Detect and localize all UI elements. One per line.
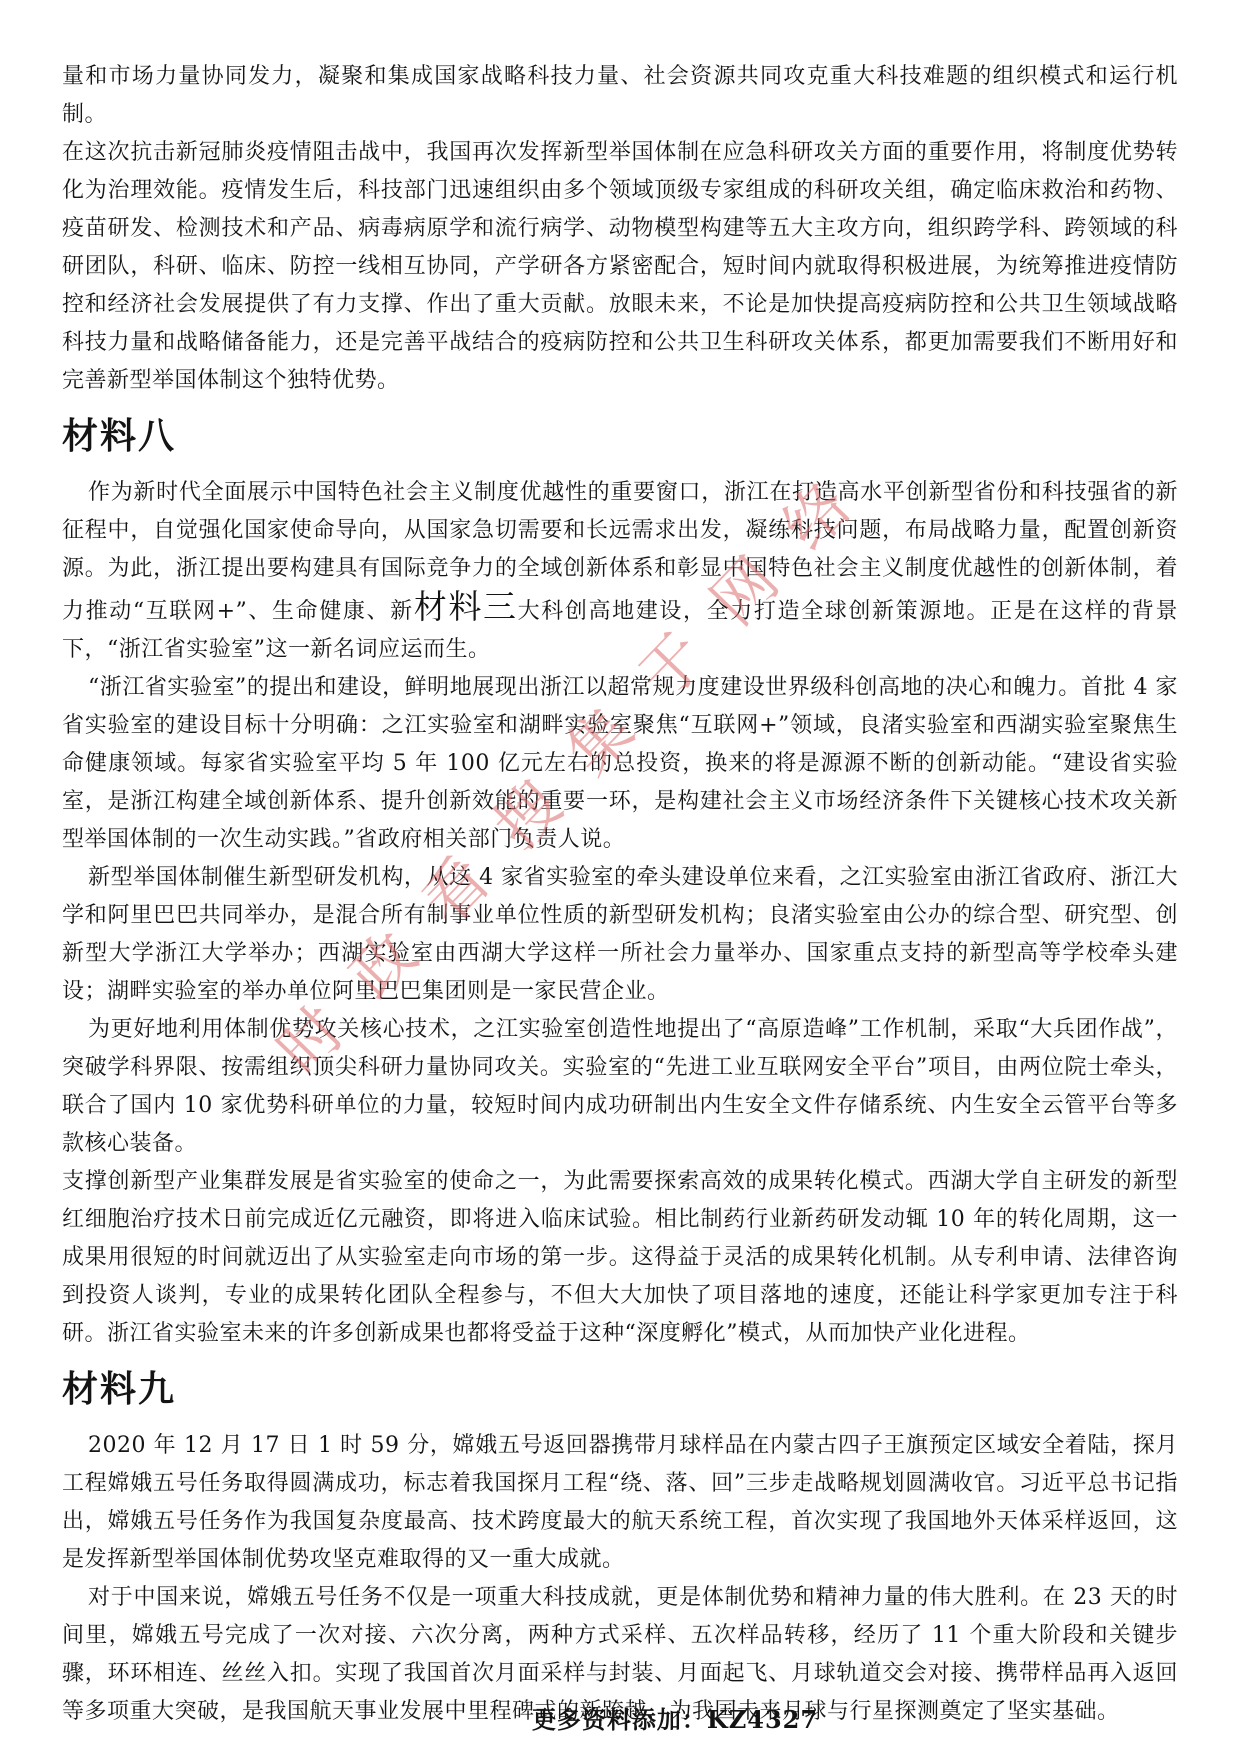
footer-note: 更多资料添加：KZ4327: [0, 1700, 1240, 1735]
paragraph: 作为新时代全面展示中国特色社会主义制度优越性的重要窗口，浙江在打造高水平创新型省…: [62, 474, 1178, 669]
paragraph: 支撑创新型产业集群发展是省实验室的使命之一，为此需要探索高效的成果转化模式。西湖…: [62, 1163, 1178, 1353]
paragraph: “浙江省实验室”的提出和建设，鲜明地展现出浙江以超常规力度建设世界级科创高地的决…: [62, 669, 1178, 859]
inline-large-text: 材料三: [414, 587, 518, 626]
section-heading: 材料八: [62, 414, 1178, 458]
paragraph: 新型举国体制催生新型研发机构，从这 4 家省实验室的牵头建设单位来看，之江实验室…: [62, 859, 1178, 1011]
paragraph: 2020 年 12 月 17 日 1 时 59 分，嫦娥五号返回器携带月球样品在…: [62, 1427, 1178, 1579]
paragraph: 在这次抗击新冠肺炎疫情阻击战中，我国再次发挥新型举国体制在应急科研攻关方面的重要…: [62, 134, 1178, 400]
document-body: 量和市场力量协同发力，凝聚和集成国家战略科技力量、社会资源共同攻克重大科技难题的…: [62, 58, 1178, 1731]
paragraph: 量和市场力量协同发力，凝聚和集成国家战略科技力量、社会资源共同攻克重大科技难题的…: [62, 58, 1178, 134]
document-page: 时政看搜集于网络 量和市场力量协同发力，凝聚和集成国家战略科技力量、社会资源共同…: [0, 0, 1240, 1754]
paragraph: 为更好地利用体制优势攻关核心技术，之江实验室创造性地提出了“高原造峰”工作机制，…: [62, 1011, 1178, 1163]
section-heading: 材料九: [62, 1367, 1178, 1411]
